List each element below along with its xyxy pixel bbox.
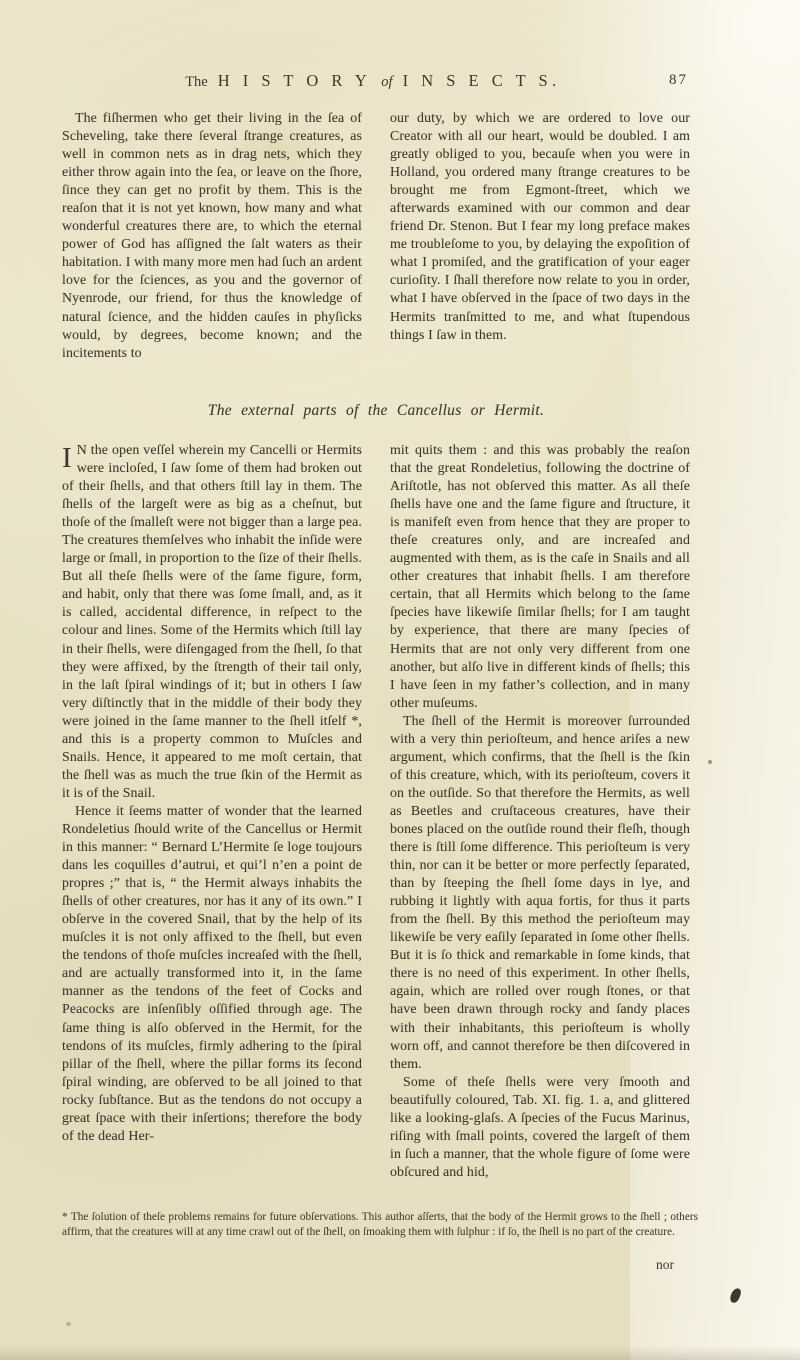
paper-speck <box>708 760 712 764</box>
right-column: our duty, by which we are ordered to lov… <box>390 110 690 363</box>
catchword: nor <box>62 1257 674 1273</box>
body-paragraph: The ſhell of the Hermit is moreover ſurr… <box>390 713 690 1074</box>
page-number: 87 <box>669 72 688 89</box>
section-heading: The external parts of the Cancellus or H… <box>62 402 690 420</box>
title-word-history: H I S T O R Y <box>218 71 372 90</box>
footnote: * The ſolution of theſe problems remains… <box>62 1210 698 1240</box>
intro-paragraph-left: The fiſhermen who get their living in th… <box>62 110 362 363</box>
page-title: The H I S T O R Y of I N S E C T S. <box>62 71 690 91</box>
title-word-the: The <box>185 74 208 90</box>
section-introduction: The fiſhermen who get their living in th… <box>62 110 690 363</box>
left-column: IN the open veſſel wherein my Cancelli o… <box>62 442 362 1182</box>
section-external-parts: IN the open veſſel wherein my Cancelli o… <box>62 442 690 1182</box>
paper-speck <box>66 1322 71 1326</box>
page-bottom-shadow <box>0 1346 800 1360</box>
body-paragraph: Some of theſe ſhells were very ſmooth an… <box>390 1074 690 1182</box>
running-head: The H I S T O R Y of I N S E C T S. 87 <box>62 71 690 97</box>
title-word-insects: I N S E C T S. <box>403 71 561 90</box>
right-column: mit quits them : and this was probably t… <box>390 442 690 1182</box>
scanned-book-page: The H I S T O R Y of I N S E C T S. 87 T… <box>0 0 800 1360</box>
title-word-of: of <box>381 74 392 90</box>
body-paragraph: IN the open veſſel wherein my Cancelli o… <box>62 442 362 803</box>
body-paragraph: mit quits them : and this was probably t… <box>390 442 690 713</box>
body-paragraph: Hence it ſeems matter of wonder that the… <box>62 803 362 1146</box>
paragraph-text: N the open veſſel wherein my Cancelli or… <box>62 443 362 801</box>
drop-cap-initial: I <box>62 442 77 472</box>
left-column: The fiſhermen who get their living in th… <box>62 110 362 363</box>
intro-paragraph-right: our duty, by which we are ordered to lov… <box>390 110 690 345</box>
